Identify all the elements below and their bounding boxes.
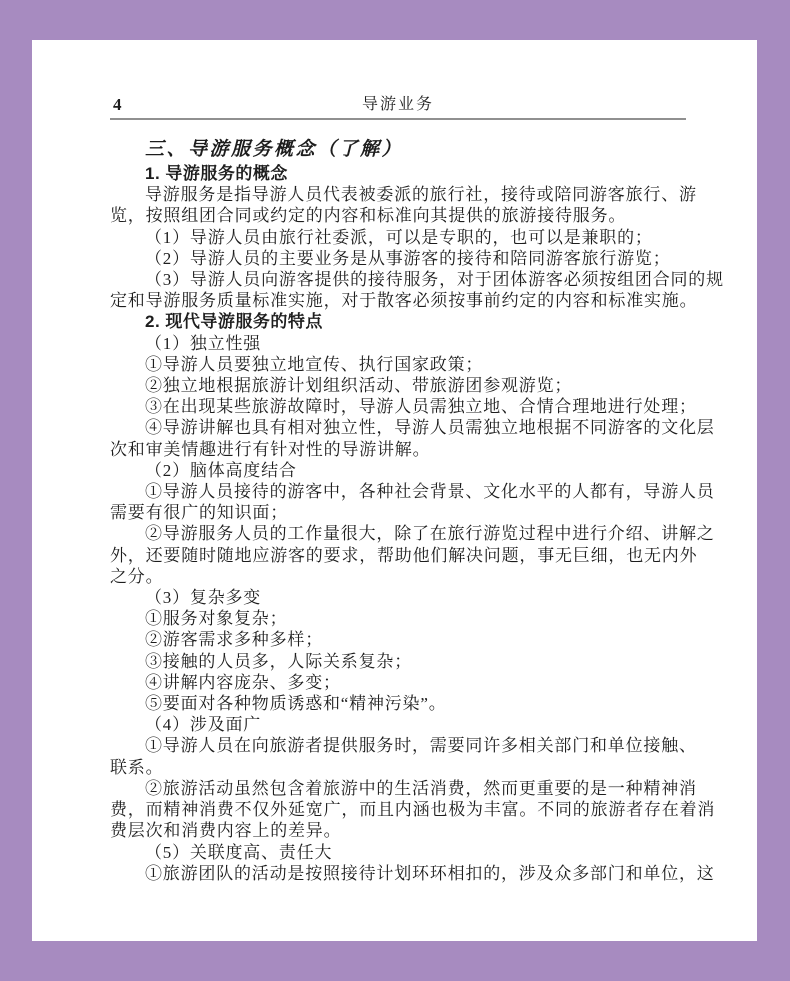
- text-line: ②独立地根据旅游计划组织活动、带旅游团参观游览；: [110, 375, 690, 396]
- text-line: ③接触的人员多，人际关系复杂；: [110, 651, 690, 672]
- text-line: ①服务对象复杂；: [110, 608, 690, 629]
- text-line: 览，按照组团合同或约定的内容和标准向其提供的旅游接待服务。: [110, 205, 690, 226]
- text-line: ①导游人员接待的游客中，各种社会背景、文化水平的人都有，导游人员: [110, 481, 690, 502]
- text-line: 联系。: [110, 757, 690, 778]
- text-line: 费，而精神消费不仅外延宽广，而且内涵也极为丰富。不同的旅游者存在着消: [110, 799, 690, 820]
- text-line: （2）脑体高度结合: [110, 460, 690, 481]
- text-line: ④导游讲解也具有相对独立性，导游人员需独立地根据不同游客的文化层: [110, 417, 690, 438]
- text-line: ④讲解内容庞杂、多变；: [110, 672, 690, 693]
- text-line: ②导游服务人员的工作量很大，除了在旅行游览过程中进行介绍、讲解之: [110, 523, 690, 544]
- text-line: 费层次和消费内容上的差异。: [110, 820, 690, 841]
- text-line: ②旅游活动虽然包含着旅游中的生活消费，然而更重要的是一种精神消: [110, 778, 690, 799]
- page-body-text: 三、导游服务概念（了解）1. 导游服务的概念导游服务是指导游人员代表被委派的旅行…: [110, 136, 690, 884]
- text-line: 之分。: [110, 566, 690, 587]
- text-line: 1. 导游服务的概念: [110, 163, 690, 184]
- text-line: ①旅游团队的活动是按照接待计划环环相扣的，涉及众多部门和单位，这: [110, 863, 690, 884]
- text-line: 外，还要随时随地应游客的要求，帮助他们解决问题，事无巨细，也无内外: [110, 545, 690, 566]
- text-line: 2. 现代导游服务的特点: [110, 311, 690, 332]
- text-line: 次和审美情趣进行有针对性的导游讲解。: [110, 439, 690, 460]
- text-line: （3）复杂多变: [110, 587, 690, 608]
- text-line: 需要有很广的知识面；: [110, 502, 690, 523]
- text-line: （5）关联度高、责任大: [110, 842, 690, 863]
- text-line: ①导游人员要独立地宣传、执行国家政策；: [110, 354, 690, 375]
- text-line: （4）涉及面广: [110, 714, 690, 735]
- text-line: 定和导游服务质量标准实施，对于散客必须按事前约定的内容和标准实施。: [110, 290, 690, 311]
- text-line: ②游客需求多种多样；: [110, 629, 690, 650]
- text-line: 导游服务是指导游人员代表被委派的旅行社，接待或陪同游客旅行、游: [110, 184, 690, 205]
- text-line: ③在出现某些旅游故障时，导游人员需独立地、合情合理地进行处理；: [110, 396, 690, 417]
- book-page: 4 导游业务 三、导游服务概念（了解）1. 导游服务的概念导游服务是指导游人员代…: [32, 40, 757, 941]
- running-head: 4 导游业务: [110, 94, 686, 120]
- text-line: （2）导游人员的主要业务是从事游客的接待和陪同游客旅行游览；: [110, 248, 690, 269]
- text-line: （1）导游人员由旅行社委派，可以是专职的，也可以是兼职的；: [110, 227, 690, 248]
- text-line: （1）独立性强: [110, 333, 690, 354]
- header-book-title: 导游业务: [110, 94, 686, 116]
- text-line: ⑤要面对各种物质诱惑和“精神污染”。: [110, 693, 690, 714]
- book-cover-background: { "colors": { "frame_purple": "#a78bc0",…: [0, 0, 790, 981]
- text-line: ①导游人员在向旅游者提供服务时，需要同许多相关部门和单位接触、: [110, 735, 690, 756]
- text-line: 三、导游服务概念（了解）: [110, 136, 690, 163]
- text-line: （3）导游人员向游客提供的接待服务，对于团体游客必须按组团合同的规: [110, 269, 690, 290]
